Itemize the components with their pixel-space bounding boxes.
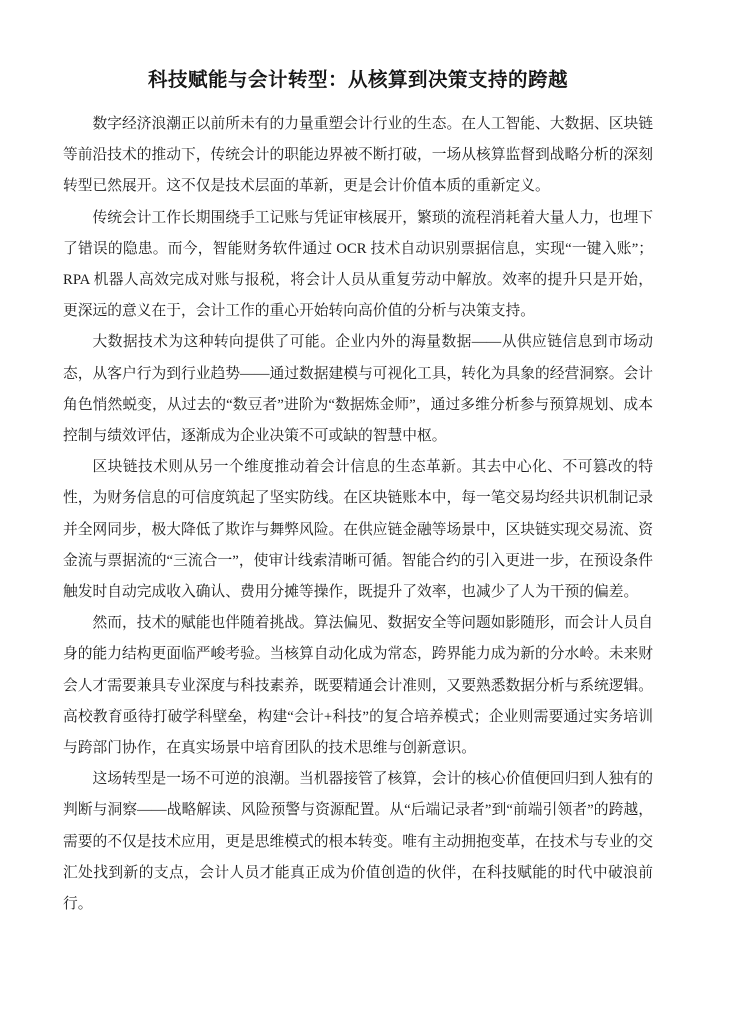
paragraph-blockchain: 区块链技术则从另一个维度推动着会计信息的生态革新。其去中心化、不可篡改的特性，为… [63,452,653,608]
paragraph-intro: 数字经济浪潮正以前所未有的力量重塑会计行业的生态。在人工智能、大数据、区块链等前… [63,109,653,203]
document-body: 数字经济浪潮正以前所未有的力量重塑会计行业的生态。在人工智能、大数据、区块链等前… [63,109,653,920]
paragraph-big-data: 大数据技术为这种转向提供了可能。企业内外的海量数据——从供应链信息到市场动态，从… [63,327,653,452]
paragraph-conclusion: 这场转型是一场不可逆的浪潮。当机器接管了核算，会计的核心价值便回归到人独有的判断… [63,764,653,920]
paragraph-challenges: 然而，技术的赋能也伴随着挑战。算法偏见、数据安全等问题如影随形，而会计人员自身的… [63,608,653,764]
document-title: 科技赋能与会计转型：从核算到决策支持的跨越 [63,66,653,96]
paragraph-traditional-accounting: 传统会计工作长期围绕手工记账与凭证审核展开，繁琐的流程消耗着大量人力，也埋下了错… [63,203,653,328]
document-page: 科技赋能与会计转型：从核算到决策支持的跨越 数字经济浪潮正以前所未有的力量重塑会… [0,0,729,1028]
